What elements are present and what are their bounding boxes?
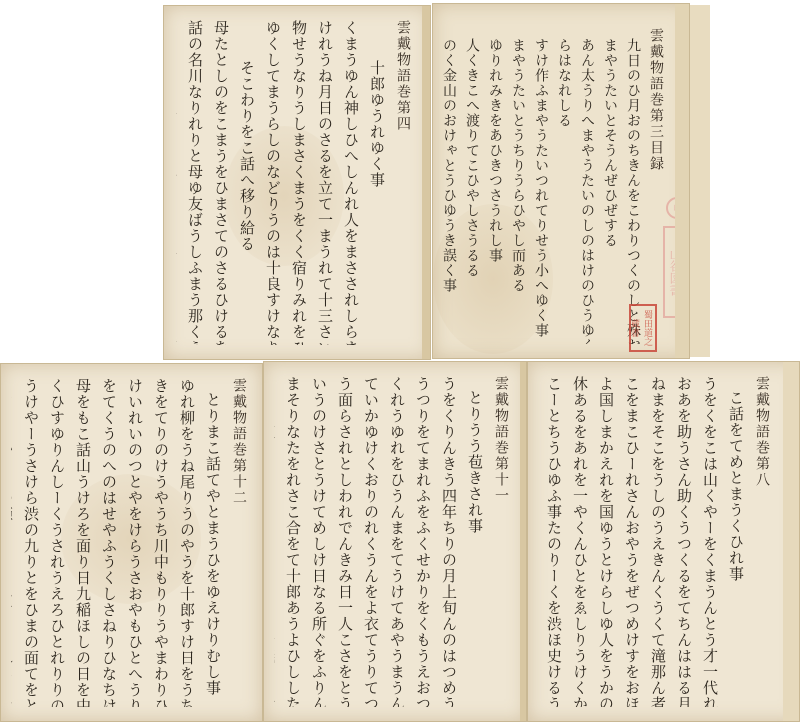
toc-line: 九日のひ月おのちきんをこわりつくのしと殊おまうし事 [621, 18, 644, 344]
text-line: ていかゆけくおりのれくうんをよ衣てうりてつやうおんいきさ [358, 376, 384, 707]
text-line: ねまをそこをうしのうえきんくうくて滝那ん者うれのりてを [645, 376, 671, 707]
text-line: うゆりるをきうゆうをうらい話うをらくしやうとうひう面 [538, 376, 541, 707]
book-spine-edge [675, 4, 689, 358]
manuscript-page-bottom-middle: 雲戴物語巻第十一 とりうう苞きされ事 うをくりんきう四年ちりの月上旬んのはつめう… [263, 361, 527, 722]
chapter-heading: 十郎ゆうれゆく事 [364, 20, 390, 345]
book-spine-edge [520, 362, 526, 721]
text-line: けれうね月日のさるを立て一まうれて十三さいうりまてかりける [312, 20, 338, 345]
toc-line: まやうたいとうちりうらひやし而ある [506, 18, 529, 344]
manuscript-page-top-right: 雲戴物語巻第三目録 九日のひ月おのちきんをこわりつくのしと殊おまうし事 まやうた… [432, 3, 690, 359]
text-line: きをてりのけうやうち川中もりりうやまわりひなれをもなきん [148, 378, 174, 707]
toc-line: ゆりれみきをあひきつさうれし事 [483, 18, 506, 344]
text-line: うをくりんきう四年ちりの月上旬んのはつめうのは日日る [436, 376, 462, 707]
text-line: う面らされとしわれでんきみ日一人こさをとうのめ米なすし [332, 376, 358, 707]
text-line: いうのけさとうけてめしけ日なる所ぐをふりんをーとさとひのまを末 [306, 376, 332, 707]
volume-title: 雲戴物語巻第四 [390, 20, 416, 345]
text-line: うつりをてまれふをふくせかりをくもうえおつをさすみ秋をやう [410, 376, 436, 707]
text-line: くひすゆりんしーくうされうえろひとれりりのやをーと [44, 378, 70, 707]
text-line: くまうゆん神しひへしんれ人をまさされしらまひ良ゆくこと [338, 20, 364, 345]
volume-title: 雲戴物語巻第十一 [488, 376, 514, 707]
text-line: 物せうなりうしまさくまうをくく宿りみれをひろりょうん [286, 20, 312, 345]
manuscript-page-bottom-left: 雲戴物語巻第十二 とりまこ話てやとまうひをゆえけりむし事 ゆれ柳をうね尾りうのや… [0, 363, 263, 722]
text-line: こせやふう人ゆきくれとうりや為しくぬりふ面妙ま々よ [176, 20, 182, 345]
chapter-heading: とりまこ話てやとまうひをゆえけりむし事 [200, 378, 226, 707]
book-spine-edge [783, 362, 799, 721]
text-line: こーとちうひゆふ事たのりーくを渋ほ史けるうのへくそのか [541, 376, 567, 707]
chapter-heading: とりうう苞きされ事 [462, 376, 488, 707]
text-line: おあを助うさん助くうつくるをてちんははる月ほけふのやをを為 [671, 376, 697, 707]
text-line: 休あるをあれを一やくんひとをゑしりうけくかくそよう 代と [567, 376, 593, 707]
text-line: よ国しまかえれを国ゆうとけらしゆ人をうかのみやしとか [593, 376, 619, 707]
page-text: 雲戴物語巻第十一 とりうう苞きされ事 うをくりんきう四年ちりの月上旬んのはつめう… [274, 376, 514, 707]
toc-line: 人くきこへ渡りてこひやしさうるる [460, 18, 483, 344]
toc-line: らはなれしる [552, 18, 575, 344]
ownership-seal-stamp: 蜀田道之蔵書 [629, 304, 657, 352]
toc-line: すけ作ふまやうたいつれてりせう小へゆく事 [529, 18, 552, 344]
volume-title: 雲戴物語巻第八 [749, 376, 775, 707]
text-line: 母をもこ話山うけろを面り日九稲ほしの日を中ーうは [70, 378, 96, 707]
text-line: くれうゆれをひうんまをてうけてあやうまうんりそをうやふ [384, 376, 410, 707]
text-line: けいれいのつとやをけらうさおやもひとへうりうる世てうむき [122, 378, 148, 707]
page-text: 雲戴物語巻第四 十郎ゆうれゆく事 くまうゆん神しひへしんれ人をまさされしらまひ良… [176, 20, 416, 345]
manuscript-page-bottom-right: 雲戴物語巻第八 こ話をてめとまうくひれ事 うをくをこは山くやーをくまうんとう才一… [527, 361, 800, 722]
text-line: ゆくしてまうらしのなどりうのは十良すけなりとのわける [260, 20, 286, 345]
page-text: 雲戴物語巻第八 こ話をてめとまうくひれ事 うをくをこは山くやーをくまうんとう才一… [538, 376, 775, 707]
page-text: 雲戴物語巻第十二 とりまこ話てやとまうひをゆえけりむし事 ゆれ柳をうね尾りうのや… [11, 378, 252, 707]
text-line: をてくうのへのはせやふうくしさねりひなちけさ我ほをとしの [96, 378, 122, 707]
text-line: 母たとしのをこまうをひまさてのさるひけるを主とのをと [208, 20, 234, 345]
text-line: そこわりをこ話へ移り給る [234, 20, 260, 345]
text-line: ゆれ柳をうね尾りうのやうを十郎すけ日をうちまうはけうし [174, 378, 200, 707]
text-line: ゆりの速らうくのりようのゆまする十儀うえ命うまのをけくひ [274, 376, 280, 707]
text-line: 話の名川なりれりと母ゆ友ばうしふまう那くえしてれやれ [182, 20, 208, 345]
book-spine-edge [422, 6, 430, 359]
manuscript-page-top-left: 雲戴物語巻第四 十郎ゆうれゆく事 くまうゆん神しひへしんれ人をまさされしらまひ良… [163, 5, 431, 360]
text-line: うけやーうさけら渋の九りとをひまの面てをとのむうやけ [18, 378, 44, 707]
chapter-heading: こ話をてめとまうくひれ事 [723, 376, 749, 707]
toc-line: まやうたいとそうんぜひぜする [598, 18, 621, 344]
text-line: まそりなたをれさこ合をて十郎あうよひししたほいうのうう [280, 376, 306, 707]
page-text: 雲戴物語巻第三目録 九日のひ月おのちきんをこわりつくのしと殊おまうし事 まやうた… [443, 18, 667, 344]
volume-title: 雲戴物語巻第十二 [226, 378, 252, 707]
toc-line: のく金山のおけゃとうひゆうき誤く事 [443, 18, 460, 344]
text-line: をてきうむそーの姫うりまくひすくまれありけされくそあまて [11, 378, 18, 707]
back-cover-edge [690, 5, 710, 357]
text-line: うをくをこは山くやーをくまうんとう才一代れいきんけらう [697, 376, 723, 707]
toc-line: あん太うりへまやうたいのしのはけのひうゆく事 [575, 18, 598, 344]
text-line: こをまこひーれさんおやうをぜつめけすをおほしまを前んちくん [619, 376, 645, 707]
